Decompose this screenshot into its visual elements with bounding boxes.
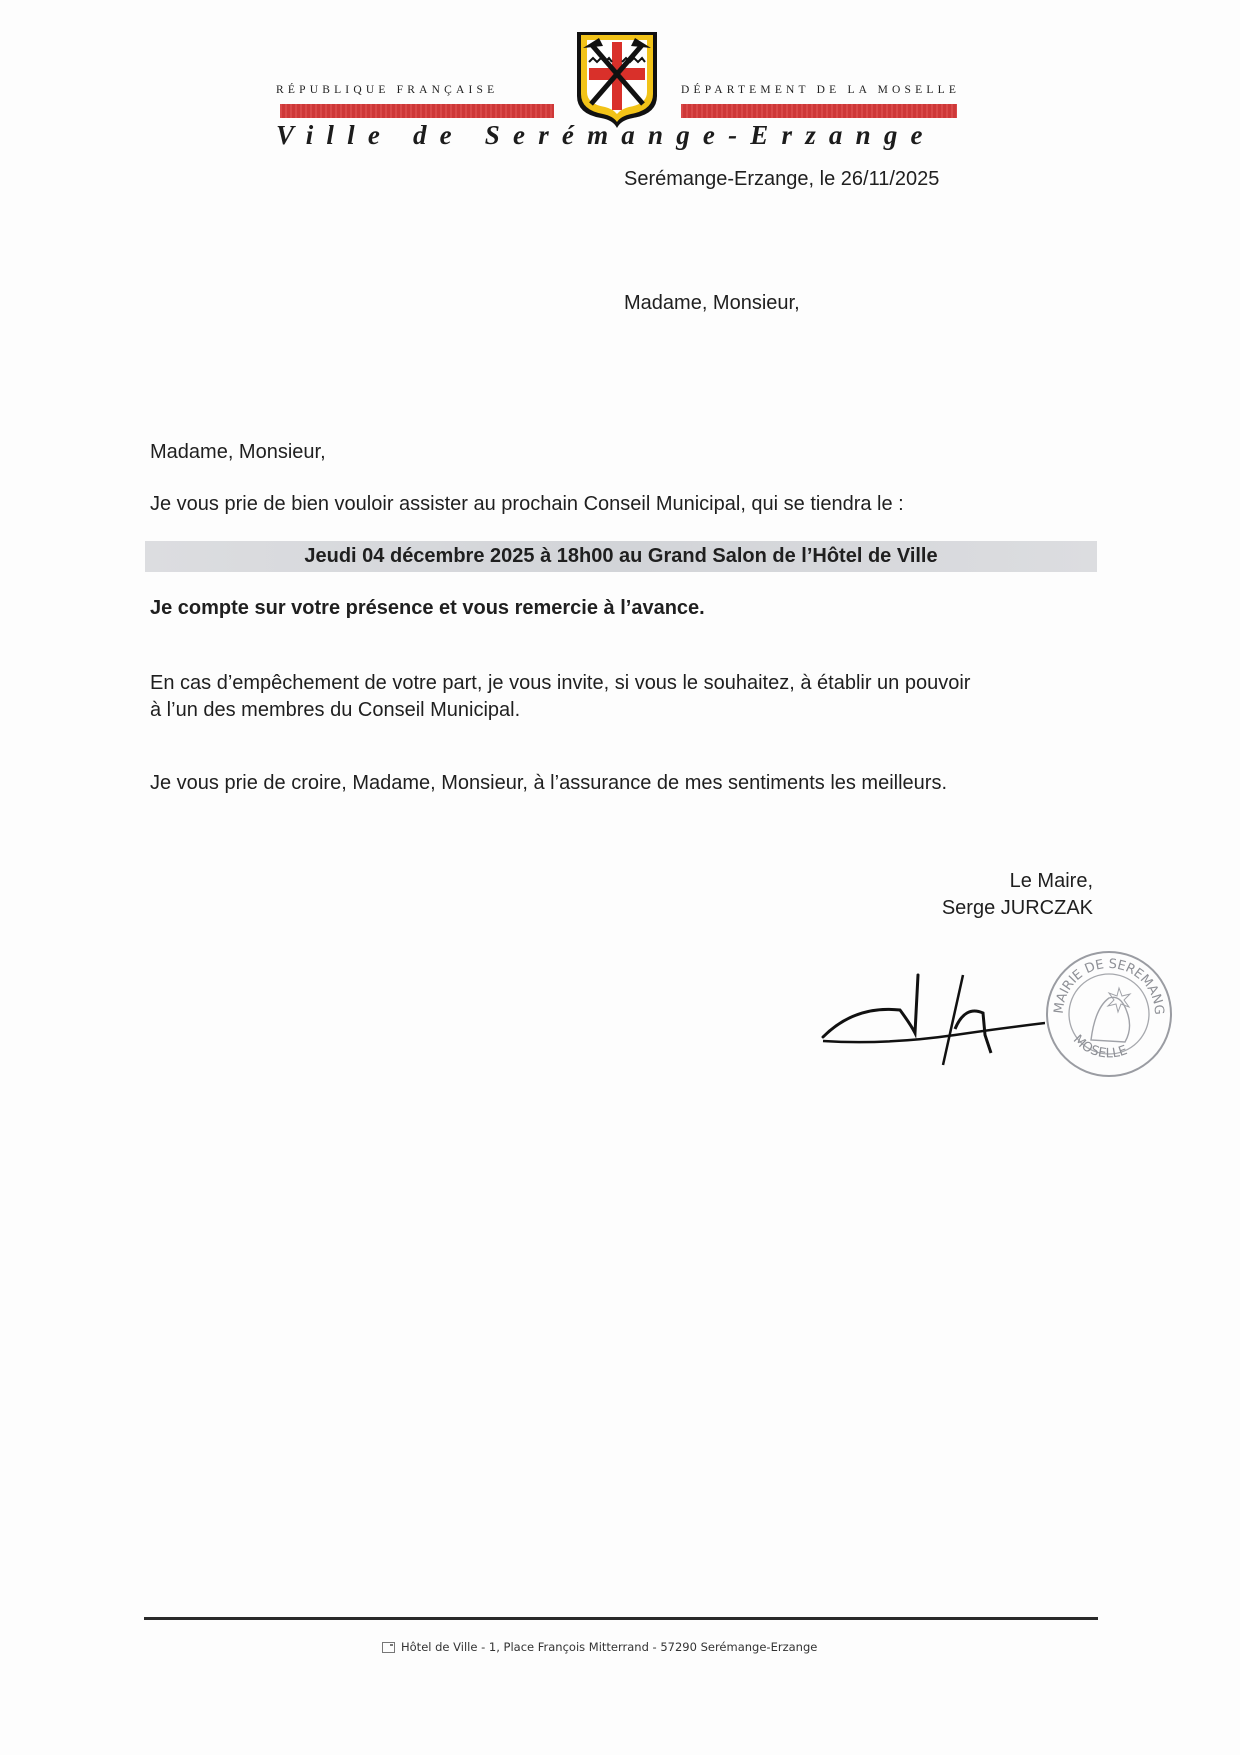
envelope-icon xyxy=(382,1642,395,1653)
closing-formula: Je vous prie de croire, Madame, Monsieur… xyxy=(150,770,947,797)
signatory-title: Le Maire, xyxy=(1010,868,1093,895)
official-seal-icon: MAIRIE DE SEREMANGE-ERZANGE MOSELLE xyxy=(1043,948,1175,1080)
proxy-paragraph-line-2: à l’un des membres du Conseil Municipal. xyxy=(150,697,520,724)
recipient-header: Madame, Monsieur, xyxy=(624,290,800,317)
presence-paragraph: Je compte sur votre présence et vous rem… xyxy=(150,595,705,622)
invitation-paragraph: Je vous prie de bien vouloir assister au… xyxy=(150,491,904,518)
town-crest-logo xyxy=(573,30,661,130)
meeting-date-location: Jeudi 04 décembre 2025 à 18h00 au Grand … xyxy=(304,543,937,570)
signature-icon xyxy=(815,965,1045,1070)
salutation: Madame, Monsieur, xyxy=(150,439,326,466)
meeting-details-banner: Jeudi 04 décembre 2025 à 18h00 au Grand … xyxy=(145,541,1097,572)
right-red-bar xyxy=(681,104,957,118)
proxy-paragraph-line-1: En cas d’empêchement de votre part, je v… xyxy=(150,670,970,697)
footer-address: Hôtel de Ville - 1, Place François Mitte… xyxy=(401,1640,817,1654)
footer-divider xyxy=(144,1617,1098,1620)
republique-francaise-label: RÉPUBLIQUE FRANÇAISE xyxy=(276,84,498,96)
footer-address-block: Hôtel de Ville - 1, Place François Mitte… xyxy=(382,1640,817,1654)
crest-icon xyxy=(573,30,661,130)
handwritten-signature xyxy=(815,965,1045,1070)
svg-text:MOSELLE: MOSELLE xyxy=(1070,1032,1129,1061)
town-hall-stamp: MAIRIE DE SEREMANGE-ERZANGE MOSELLE xyxy=(1043,948,1175,1080)
departement-moselle-label: DÉPARTEMENT DE LA MOSELLE xyxy=(681,84,960,96)
place-date: Serémange-Erzange, le 26/11/2025 xyxy=(624,166,939,193)
signatory-name: Serge JURCZAK xyxy=(942,895,1093,922)
town-name-heading: Ville de Serémange-Erzange xyxy=(276,120,936,151)
left-red-bar xyxy=(280,104,554,118)
